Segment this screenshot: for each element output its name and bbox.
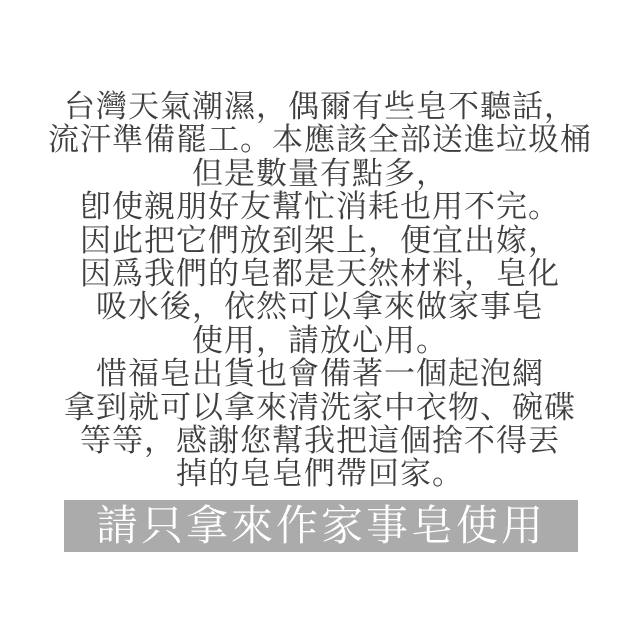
notice-text-block: 台灣天氣潮濕，偶爾有些皂不聽話， 流汗準備罷工。本應該全部送進垃圾桶 但是數量有… — [16, 90, 624, 491]
notice-line-6: 因爲我們的皂都是天然材料，皂化 — [16, 257, 624, 290]
notice-line-9: 惜福皂出貨也會備著一個起泡網 — [16, 357, 624, 390]
warning-banner-label: 請只拿來作家事皂使用 — [96, 502, 546, 549]
notice-line-5: 因此把它們放到架上，便宜出嫁， — [16, 224, 624, 257]
notice-line-3: 但是數量有點多， — [16, 157, 624, 190]
notice-line-10: 拿到就可以拿來清洗家中衣物、碗碟 — [16, 391, 624, 424]
notice-line-8: 使用，請放心用。 — [16, 324, 624, 357]
notice-line-4: 卽使親朋好友幫忙消耗也用不完。 — [16, 190, 624, 223]
notice-line-2: 流汗準備罷工。本應該全部送進垃圾桶 — [16, 123, 624, 156]
notice-line-11: 等等，感謝您幫我把這個捨不得丟 — [16, 424, 624, 457]
notice-line-1: 台灣天氣潮濕，偶爾有些皂不聽話， — [16, 90, 624, 123]
notice-line-7: 吸水後，依然可以拿來做家事皂 — [16, 290, 624, 323]
soap-notice-image: 台灣天氣潮濕，偶爾有些皂不聽話， 流汗準備罷工。本應該全部送進垃圾桶 但是數量有… — [0, 0, 640, 640]
notice-line-12: 掉的皂皂們帶回家。 — [16, 457, 624, 490]
warning-banner: 請只拿來作家事皂使用 — [64, 500, 578, 552]
